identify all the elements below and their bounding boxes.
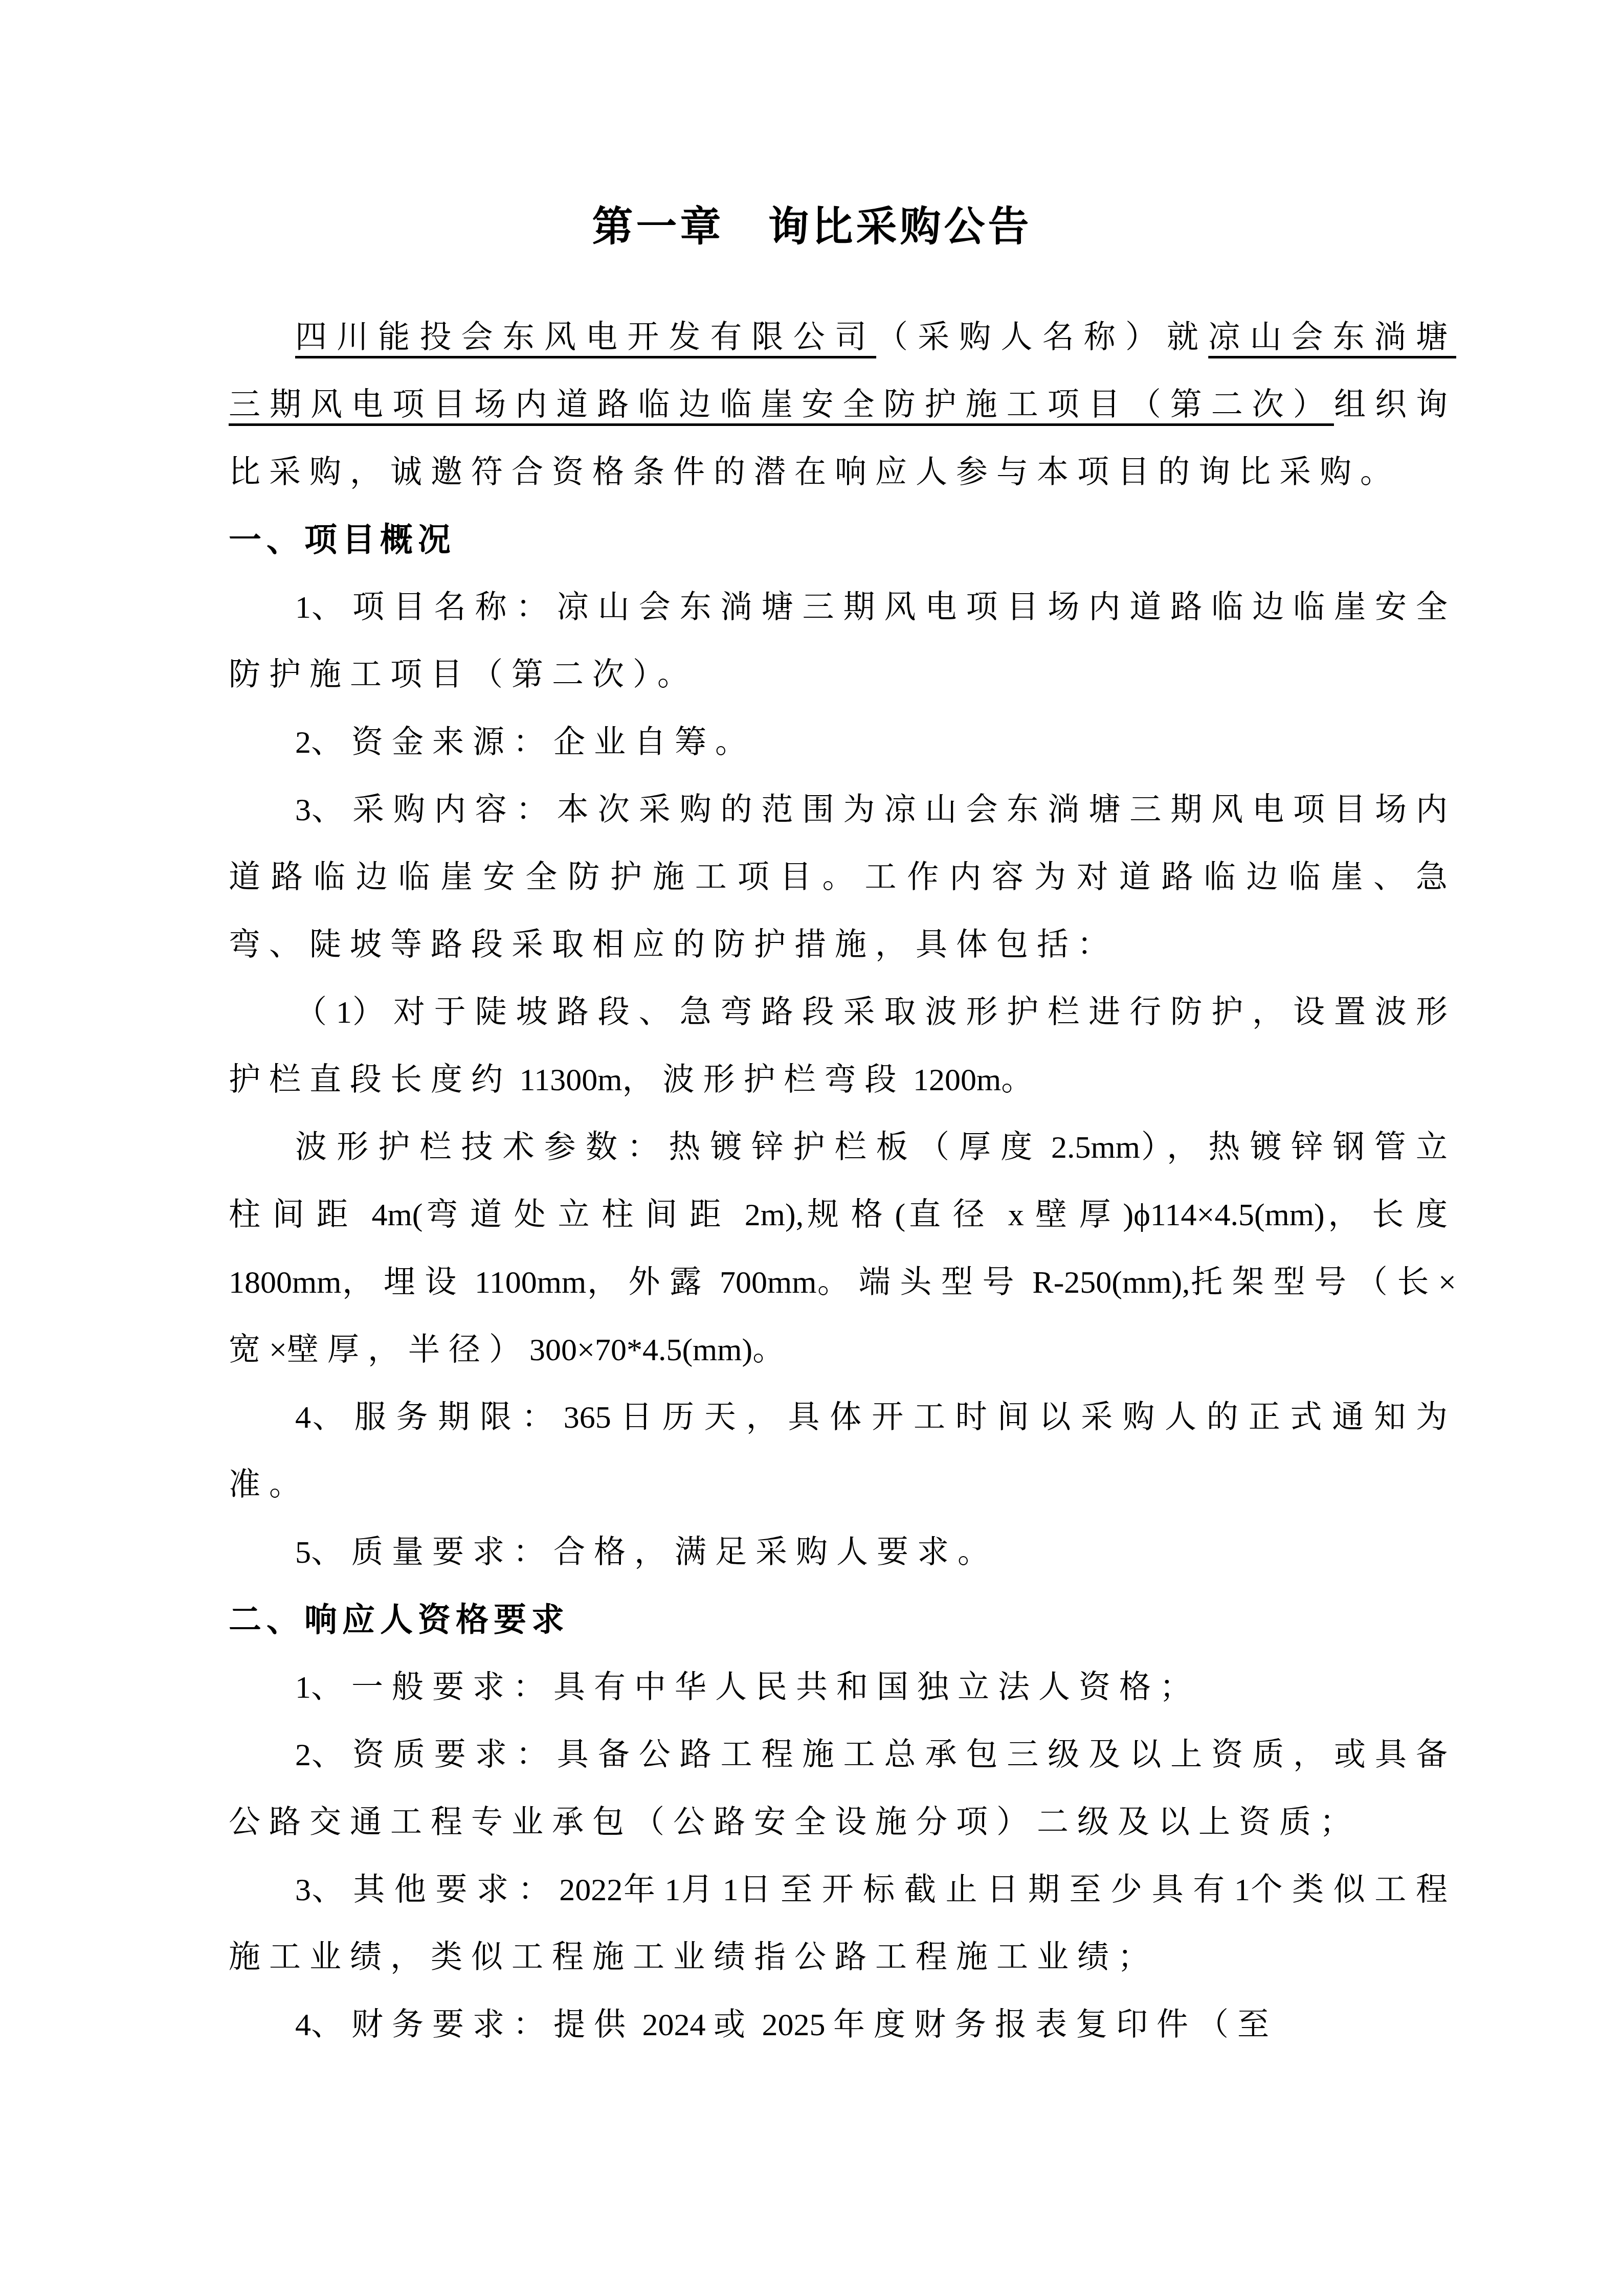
latin-run: 3 — [295, 1873, 311, 1907]
paragraph: 2、资质要求：具备公路工程施工总承包三级及以上资质，或具备公路交通工程专业承包（… — [229, 1721, 1456, 1856]
page-title: 第一章 询比采购公告 — [0, 0, 1624, 263]
latin-run: 300×70*4.5(mm) — [529, 1333, 752, 1367]
text-run: 4、服务期限：365 日历天，具体开工时间以采购人的正式通知为准。 — [229, 1400, 1456, 1502]
underlined-text: 四川能投会东风电开发有限公司 — [295, 320, 876, 355]
latin-run: 11300m — [511, 1063, 622, 1097]
cjk-run: 、资金来源：企业自筹。 — [311, 725, 755, 760]
cjk-run: 壁厚，半径） — [287, 1333, 529, 1367]
cjk-run: 。端头型号 — [816, 1265, 1024, 1300]
paragraph: （1）对于陡坡路段、急弯路段采取波形护栏进行防护，设置波形护栏直段长度约 113… — [229, 979, 1456, 1114]
latin-run: 1100mm — [466, 1265, 586, 1300]
latin-run: 1200m — [905, 1063, 1001, 1097]
cjk-run: 、资质要求：具备公路工程施工总承包三级及以上资质，或具备公路交通工程专业承包（公… — [229, 1738, 1456, 1840]
cjk-run: 波形护栏技术参数：热镀锌护栏板（厚度 — [295, 1130, 1042, 1165]
cjk-run: 规格 — [804, 1198, 895, 1232]
cjk-run: 、项目名称：凉山会东淌塘三期风电项目场内道路临边临崖安全防护施工项目（第二次）。 — [229, 590, 1456, 692]
text-run: （1）对于陡坡路段、急弯路段采取波形护栏进行防护，设置波形护栏直段长度约 113… — [229, 995, 1456, 1097]
latin-run: x — [996, 1198, 1035, 1232]
cjk-run: 、一般要求：具有中华人民共和国独立法人资格； — [311, 1670, 1200, 1705]
text-run: 1、项目名称：凉山会东淌塘三期风电项目场内道路临边临崖安全防护施工项目（第二次）… — [229, 590, 1456, 692]
latin-run: 1 — [295, 1670, 311, 1705]
paragraph: 3、采购内容：本次采购的范围为凉山会东淌塘三期风电项目场内道路临边临崖安全防护施… — [229, 776, 1456, 979]
cjk-run: 弯道处立柱间距 — [422, 1198, 733, 1232]
latin-run: 1 — [295, 590, 311, 625]
cjk-run: 日至开标截止日期至少具有 — [739, 1873, 1234, 1907]
text-run: 5、质量要求：合格，满足采购人要求。 — [295, 1535, 998, 1570]
cjk-run: 托架型号（长 — [1190, 1265, 1438, 1300]
cjk-run: 四川能投会东风电开发有限公司 — [295, 320, 876, 355]
latin-run: 4 — [295, 1400, 311, 1435]
paragraph: 4、财务要求：提供 2024 或 2025 年度财务报表复印件（至 — [229, 1991, 1456, 2059]
cjk-run: ，波形护栏弯段 — [622, 1063, 905, 1097]
paragraph: 波形护栏技术参数：热镀锌护栏板（厚度 2.5mm），热镀锌钢管立柱间距 4m(弯… — [229, 1114, 1456, 1384]
latin-run: 1 — [336, 995, 352, 1030]
latin-run: 1800mm — [229, 1265, 341, 1300]
latin-run: 2 — [295, 725, 311, 760]
cjk-run: （ — [295, 995, 336, 1030]
text-run: 4、财务要求：提供 2024 或 2025 年度财务报表复印件（至 — [295, 2008, 1278, 2042]
latin-run: 2 — [295, 1738, 311, 1772]
cjk-run: 。 — [1001, 1063, 1041, 1097]
latin-run: ( — [895, 1198, 905, 1232]
paragraph: 2、资金来源：企业自筹。 — [229, 709, 1456, 776]
cjk-run: 月 — [681, 1873, 723, 1907]
text-run: 2、资金来源：企业自筹。 — [295, 725, 755, 760]
cjk-run: 、服务期限： — [311, 1400, 564, 1435]
cjk-run: 年度财务报表复印件（至 — [833, 2008, 1278, 2042]
cjk-run: 或 — [714, 2008, 754, 2042]
cjk-run: 一、项目概况 — [229, 522, 456, 558]
paragraph: 1、一般要求：具有中华人民共和国独立法人资格； — [229, 1654, 1456, 1721]
latin-run: )ϕ114×4.5(mm) — [1123, 1198, 1324, 1232]
latin-run: 365 — [564, 1400, 620, 1435]
latin-run: 2025 — [754, 2008, 833, 2042]
cjk-run: （采购人名称）就 — [876, 320, 1208, 355]
latin-run: × — [269, 1333, 287, 1367]
text-run: 2、资质要求：具备公路工程施工总承包三级及以上资质，或具备公路交通工程专业承包（… — [229, 1738, 1456, 1840]
latin-run: 2.5mm — [1042, 1130, 1140, 1165]
latin-run: 1 — [723, 1873, 739, 1907]
latin-run: 1 — [1234, 1873, 1250, 1907]
text-run: 二、响应人资格要求 — [229, 1602, 569, 1638]
latin-run: 1 — [665, 1873, 681, 1907]
cjk-run: 宽 — [229, 1333, 269, 1367]
paragraph: 四川能投会东风电开发有限公司（采购人名称）就凉山会东淌塘三期风电项目场内道路临边… — [229, 304, 1456, 506]
latin-run: 5 — [295, 1535, 311, 1570]
latin-run: × — [1438, 1265, 1456, 1300]
latin-run: 4m( — [360, 1198, 422, 1232]
cjk-run: 壁厚 — [1035, 1198, 1123, 1232]
cjk-run: 、其他要求： — [311, 1873, 559, 1907]
text-run: 波形护栏技术参数：热镀锌护栏板（厚度 2.5mm），热镀锌钢管立柱间距 4m(弯… — [229, 1130, 1456, 1367]
cjk-run: 、采购内容：本次采购的范围为凉山会东淌塘三期风电项目场内道路临边临崖安全防护施工… — [229, 793, 1456, 962]
latin-run: 3 — [295, 793, 311, 827]
paragraph: 4、服务期限：365 日历天，具体开工时间以采购人的正式通知为准。 — [229, 1384, 1456, 1519]
paragraph: 5、质量要求：合格，满足采购人要求。 — [229, 1519, 1456, 1586]
latin-run: 700mm — [711, 1265, 817, 1300]
cjk-run: 直径 — [905, 1198, 996, 1232]
text-run: 3、其他要求：2022年1月1日至开标截止日期至少具有1个类似工程施工业绩，类似… — [229, 1873, 1456, 1975]
cjk-run: 二、响应人资格要求 — [229, 1602, 569, 1638]
cjk-run: 年 — [622, 1873, 664, 1907]
document-body: 四川能投会东风电开发有限公司（采购人名称）就凉山会东淌塘三期风电项目场内道路临边… — [229, 304, 1456, 2059]
latin-run: 2m), — [733, 1198, 804, 1232]
latin-run: R-250(mm), — [1024, 1265, 1190, 1300]
text-run: 1、一般要求：具有中华人民共和国独立法人资格； — [295, 1670, 1200, 1705]
text-run: 一、项目概况 — [229, 522, 456, 558]
text-run: 3、采购内容：本次采购的范围为凉山会东淌塘三期风电项目场内道路临边临崖安全防护施… — [229, 793, 1456, 962]
cjk-run: ，外露 — [586, 1265, 711, 1300]
cjk-run: ，长度 — [1325, 1198, 1456, 1232]
cjk-run: 、质量要求：合格，满足采购人要求。 — [311, 1535, 998, 1570]
document-page: 第一章 询比采购公告 四川能投会东风电开发有限公司（采购人名称）就凉山会东淌塘三… — [0, 0, 1624, 2296]
paragraph: 3、其他要求：2022年1月1日至开标截止日期至少具有1个类似工程施工业绩，类似… — [229, 1856, 1456, 1991]
cjk-run: 、财务要求：提供 — [311, 2008, 634, 2042]
section-heading: 二、响应人资格要求 — [229, 1586, 1456, 1654]
latin-run: 4 — [295, 2008, 311, 2042]
latin-run: 2022 — [559, 1873, 622, 1907]
paragraph: 1、项目名称：凉山会东淌塘三期风电项目场内道路临边临崖安全防护施工项目（第二次）… — [229, 574, 1456, 709]
section-heading: 一、项目概况 — [229, 506, 1456, 574]
latin-run: 2024 — [634, 2008, 714, 2042]
cjk-run: 。 — [752, 1333, 793, 1367]
text-run: （采购人名称）就 — [876, 320, 1208, 355]
cjk-run: ，埋设 — [341, 1265, 466, 1300]
